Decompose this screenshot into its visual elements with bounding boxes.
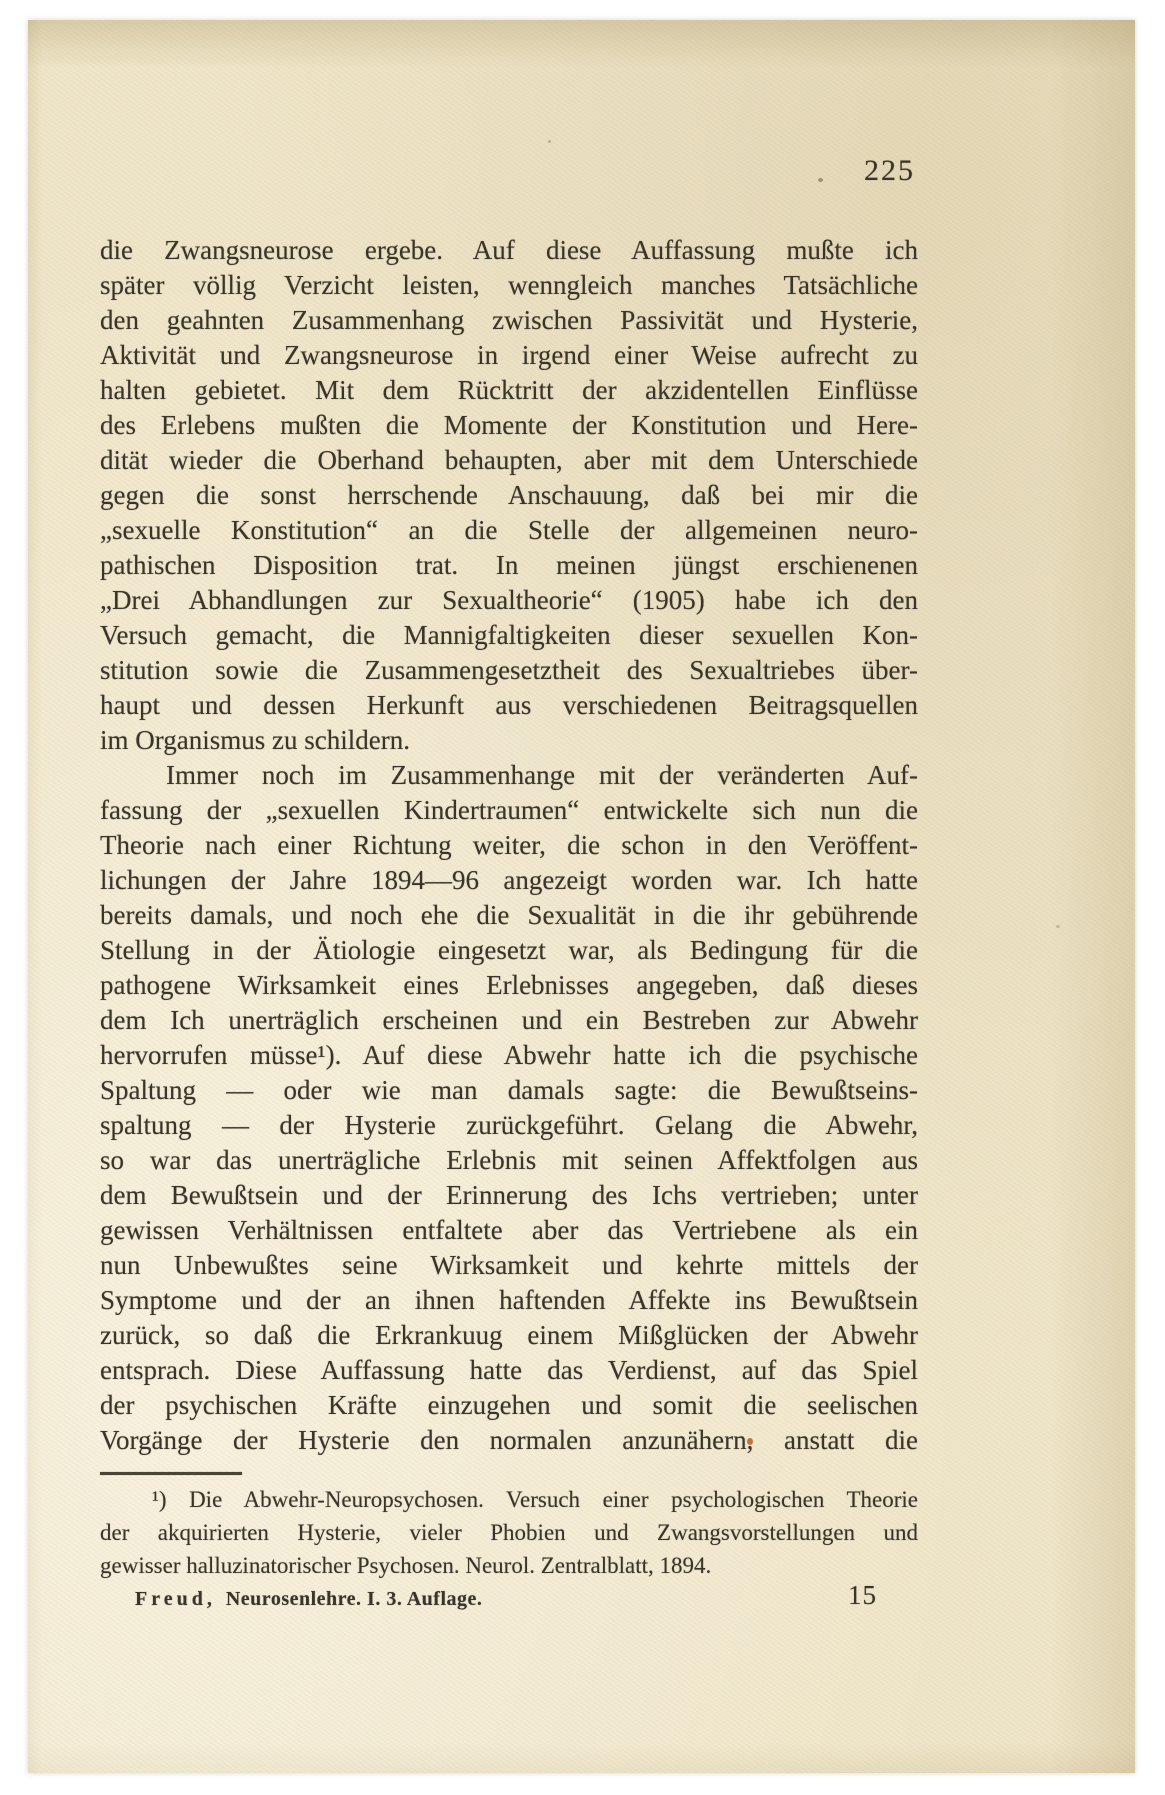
paper-speck <box>747 1438 753 1445</box>
paper-speck <box>818 178 823 182</box>
body-text-line: „sexuelle Konstitution“ an die Stelle de… <box>100 513 918 548</box>
body-text-line: bereits damals, und noch ehe die Sexuali… <box>100 898 918 933</box>
body-text-line: später völlig Verzicht leisten, wennglei… <box>100 268 918 303</box>
body-text-line: der psychischen Kräfte einzugehen und so… <box>100 1388 918 1423</box>
body-text-line: dem Ich unerträglich erscheinen und ein … <box>100 1003 918 1038</box>
body-text-line: „Drei Abhandlungen zur Sexualtheorie“ (1… <box>100 583 918 618</box>
body-text-line: Stellung in der Ätiologie eingesetzt war… <box>100 933 918 968</box>
footnote-line: ¹) Die Abwehr-Neuropsychosen. Versuch ei… <box>100 1483 918 1516</box>
body-text-line: Vorgänge der Hysterie den normalen anzun… <box>100 1423 918 1458</box>
footnote-line: der akquirierten Hysterie, vieler Phobie… <box>100 1516 918 1549</box>
body-text-line: Versuch gemacht, die Mannigfaltigkeiten … <box>100 618 918 653</box>
footer-sheet-number: 15 <box>848 1580 877 1611</box>
body-text-line: Aktivität und Zwangsneurose in irgend ei… <box>100 338 918 373</box>
body-text-line: so war das unerträgliche Erlebnis mit se… <box>100 1143 918 1178</box>
body-text-line: stitution sowie die Zusammengesetztheit … <box>100 653 918 688</box>
body-text-line: gewissen Verhältnissen entfaltete aber d… <box>100 1213 918 1248</box>
paper-speck <box>1056 925 1060 928</box>
body-text-line: dität wieder die Oberhand behaupten, abe… <box>100 443 918 478</box>
body-text-line: halten gebietet. Mit dem Rücktritt der a… <box>100 373 918 408</box>
body-text-line: entsprach. Diese Auffassung hatte das Ve… <box>100 1353 918 1388</box>
footer-book-info: Freud,Neurosenlehre. I. 3. Auflage. <box>135 1588 482 1611</box>
body-text-line: die Zwangsneurose ergebe. Auf diese Auff… <box>100 233 918 268</box>
footer-author: Freud, <box>135 1588 216 1610</box>
body-text-line: hervorrufen müsse¹). Auf diese Abwehr ha… <box>100 1038 918 1073</box>
footer-title: Neurosenlehre. I. 3. Auflage. <box>226 1588 483 1610</box>
body-text-line: den geahnten Zusammenhang zwischen Passi… <box>100 303 918 338</box>
body-text-line: pathogene Wirksamkeit eines Erlebnisses … <box>100 968 918 1003</box>
body-text-line: pathischen Disposition trat. In meinen j… <box>100 548 918 583</box>
page-number: 225 <box>864 154 915 188</box>
body-text-line: fassung der „sexuellen Kindertraumen“ en… <box>100 793 918 828</box>
body-text: die Zwangsneurose ergebe. Auf diese Auff… <box>100 233 918 1458</box>
body-text-line-paragraph-end: im Organismus zu schildern. <box>100 723 918 758</box>
footnote: ¹) Die Abwehr-Neuropsychosen. Versuch ei… <box>100 1483 918 1582</box>
body-text-line: zurück, so daß die Erkrankuug einem Mißg… <box>100 1318 918 1353</box>
body-text-line: lichungen der Jahre 1894—96 angezeigt wo… <box>100 863 918 898</box>
body-text-line: Theorie nach einer Richtung weiter, die … <box>100 828 918 863</box>
body-text-line: spaltung — der Hysterie zurückgeführt. G… <box>100 1108 918 1143</box>
paper-speck <box>548 140 551 143</box>
body-text-line: gegen die sonst herrschende Anschauung, … <box>100 478 918 513</box>
body-text-line: Symptome und der an ihnen haftenden Affe… <box>100 1283 918 1318</box>
scan-canvas: 225 die Zwangsneurose ergebe. Auf diese … <box>0 0 1165 1795</box>
body-text-line: dem Bewußtsein und der Erinnerung des Ic… <box>100 1178 918 1213</box>
body-text-line: nun Unbewußtes seine Wirksamkeit und keh… <box>100 1248 918 1283</box>
body-text-line: des Erlebens mußten die Momente der Kons… <box>100 408 918 443</box>
body-text-line: haupt und dessen Herkunft aus verschiede… <box>100 688 918 723</box>
footnote-separator-rule <box>100 1472 242 1475</box>
body-text-line: Spaltung — oder wie man damals sagte: di… <box>100 1073 918 1108</box>
body-text-line-paragraph-start: Immer noch im Zusammenhange mit der verä… <box>100 758 918 793</box>
footnote-line: gewisser halluzinatorischer Psychosen. N… <box>100 1549 918 1582</box>
book-page-scan: 225 die Zwangsneurose ergebe. Auf diese … <box>28 20 1135 1773</box>
